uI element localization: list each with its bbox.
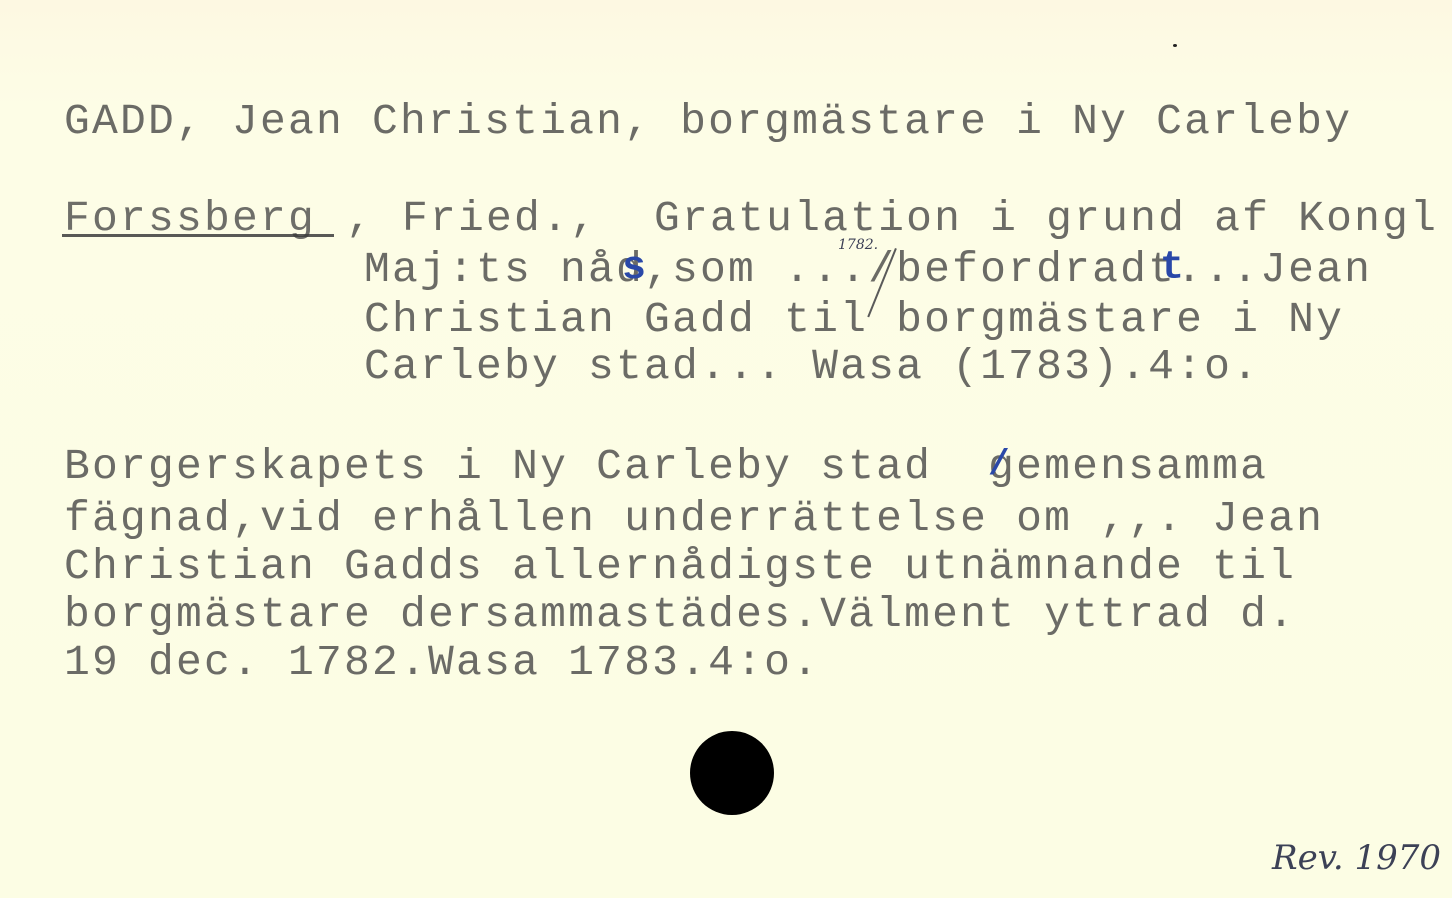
entry2-line5: 19 dec. 1782.Wasa 1783.4:o. bbox=[64, 641, 820, 684]
entry2-line2: fägnad,vid erhållen underrättelse om ,,.… bbox=[64, 497, 1324, 540]
ink-speck bbox=[1173, 44, 1177, 47]
punch-hole bbox=[690, 731, 774, 815]
entry1-line2: Maj:ts nåd,som .../befordradt...Jean bbox=[364, 248, 1372, 291]
entry1-line4: Carleby stad... Wasa (1783).4:o. bbox=[364, 345, 1260, 388]
author-underline bbox=[62, 234, 334, 237]
entry1-line3: Christian Gadd til borgmästare i Ny bbox=[364, 298, 1344, 341]
revision-note: Rev. 1970 bbox=[1272, 838, 1441, 878]
catalog-card: GADD, Jean Christian, borgmästare i Ny C… bbox=[0, 0, 1452, 898]
handwritten-year-annotation: 1782. bbox=[838, 237, 878, 253]
card-heading: GADD, Jean Christian, borgmästare i Ny C… bbox=[64, 100, 1352, 143]
entry2-line3: Christian Gadds allernådigste utnämnande… bbox=[64, 545, 1296, 588]
blue-correction-s: s bbox=[622, 246, 646, 291]
entry2-line1: Borgerskapets i Ny Carleby stad gemensam… bbox=[64, 445, 1268, 488]
blue-correction-t: t bbox=[1160, 246, 1184, 291]
entry1-line1: , Fried., Gratulation i grund af Kongl bbox=[346, 197, 1438, 240]
entry2-line4: borgmästare dersammastädes.Välment yttra… bbox=[64, 593, 1296, 636]
blue-strike-mark: / bbox=[988, 444, 1010, 485]
